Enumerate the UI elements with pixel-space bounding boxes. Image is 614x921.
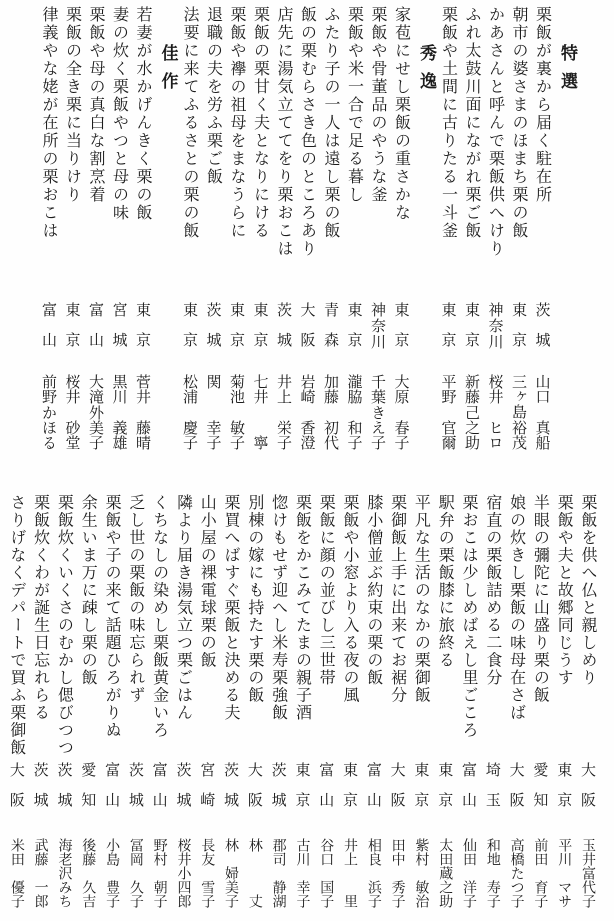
author-name: 瀧脇和子 bbox=[345, 374, 361, 450]
author-given-name: 婦美子 bbox=[223, 866, 237, 908]
author-name: 郡司静湖 bbox=[269, 838, 285, 908]
poem-text: 娘の炊きし栗飯の味母在さば bbox=[508, 494, 524, 722]
author-given-name: 外美子 bbox=[87, 405, 102, 450]
poem-text: 栗飯や米一合で足る暮し bbox=[346, 6, 362, 204]
poem-text: 法要に来てふるさとの栗の飯 bbox=[181, 6, 197, 240]
poem-column: 飯の栗むらさき色のところあり大阪岩崎香澄 bbox=[294, 0, 318, 482]
author-name: 関幸子 bbox=[204, 374, 220, 450]
author-name: 平川マサ bbox=[554, 838, 570, 908]
poem-text: 栗飯の全き栗に当りけり bbox=[64, 6, 80, 204]
prefecture-label: 茨城 bbox=[127, 762, 142, 822]
prefecture-label: 富山 bbox=[151, 762, 166, 822]
author-given-name: 静湖 bbox=[271, 880, 285, 908]
prefecture-label: 東京 bbox=[440, 302, 455, 362]
author-name: 菅井藤晴 bbox=[133, 374, 149, 450]
author-given-name: 豊子 bbox=[104, 880, 118, 908]
author-given-name: きえ子 bbox=[369, 405, 384, 450]
author-name: 太田蔵之助 bbox=[435, 838, 451, 908]
author-surname: 大原 bbox=[393, 374, 408, 404]
award-header-kasaku: 佳作 bbox=[153, 0, 177, 482]
author-name: 相良浜子 bbox=[364, 838, 380, 908]
prefecture-label: 富山 bbox=[40, 302, 55, 362]
author-surname: 後藤 bbox=[80, 838, 94, 866]
poem-text: 栗飯や夫と故郷同じうす bbox=[555, 494, 571, 687]
author-surname: 関 bbox=[205, 374, 220, 389]
author-name: 前田育子 bbox=[530, 838, 546, 908]
author-surname: 田中 bbox=[390, 838, 404, 866]
author-given-name: 初代 bbox=[322, 420, 337, 450]
prefecture-label: 富山 bbox=[87, 302, 102, 362]
prefecture-label: 茨城 bbox=[275, 302, 290, 362]
poem-text: 栗飯や子の来て話題ひろがりぬ bbox=[103, 494, 119, 739]
poem-text: 栗飯が裏から届く駐在所 bbox=[534, 6, 550, 204]
author-given-name: 優子 bbox=[9, 880, 23, 908]
author-name: 三ヶ島裕茂 bbox=[509, 374, 525, 450]
poem-column: 膝小僧並ぶ約束の栗の飯富山相良浜子 bbox=[360, 482, 384, 921]
author-surname: 海老沢 bbox=[56, 838, 70, 880]
author-surname: 林 bbox=[247, 838, 261, 852]
author-surname: 前田 bbox=[532, 838, 546, 866]
author-given-name: 朝子 bbox=[152, 880, 166, 908]
prefecture-label: 富山 bbox=[460, 762, 475, 822]
poem-text: 栗飯の栗甘く夫となりにける bbox=[252, 6, 268, 240]
author-surname: 桜井 bbox=[64, 374, 79, 404]
author-name: 山口真船 bbox=[533, 374, 549, 450]
author-given-name: 寧 bbox=[252, 435, 267, 450]
poem-text: 半眼の彌陀に山盛り栗の飯 bbox=[531, 494, 547, 704]
poem-column: 栗飯炊くいくさのむかし偲びつつ茨城海老沢みち bbox=[51, 482, 75, 921]
poem-column: 栗買へばすぐ栗飯と決める夫茨城林婦美子 bbox=[217, 482, 241, 921]
poem-column: 駅弁の栗飯膝に旅終る東京太田蔵之助 bbox=[431, 482, 455, 921]
poem-text: 栗飯や襷の祖母をまなうらに bbox=[228, 6, 244, 240]
author-surname: 井上 bbox=[342, 838, 356, 866]
author-surname: 武藤 bbox=[33, 838, 47, 866]
author-given-name: 国子 bbox=[318, 880, 332, 908]
poem-column: 栗飯に顔の並びし三世帯富山谷口国子 bbox=[312, 482, 336, 921]
author-given-name: 幸子 bbox=[205, 420, 220, 450]
author-surname: 冨岡 bbox=[128, 838, 142, 866]
author-surname: 黒川 bbox=[111, 374, 126, 404]
prefecture-label: 大阪 bbox=[8, 762, 23, 822]
poem-text: 膝小僧並ぶ約束の栗の飯 bbox=[365, 494, 381, 687]
author-name: 平野官爾 bbox=[439, 374, 455, 450]
author-name: 菊池敏子 bbox=[227, 374, 243, 450]
poem-text: 栗買へばすぐ栗飯と決める夫 bbox=[222, 494, 238, 722]
poem-column: かあさんと呼んで栗飯供へけり神奈川桜井ヒロ bbox=[482, 0, 506, 482]
poem-column: 栗飯や土間に古りたる一斗釜東京平野官爾 bbox=[435, 0, 459, 482]
author-given-name: 敏子 bbox=[228, 420, 243, 450]
author-name: 林婦美子 bbox=[221, 838, 237, 908]
prefecture-label: 埼玉 bbox=[484, 762, 499, 822]
poem-text: 店先に湯気立ててをり栗おこは bbox=[275, 6, 291, 258]
prefecture-label: 宮城 bbox=[111, 302, 126, 362]
author-name: 野村朝子 bbox=[150, 838, 166, 908]
poem-column: 栗飯や子の来て話題ひろがりぬ富山小島豊子 bbox=[98, 482, 122, 921]
author-given-name: 久吉 bbox=[80, 880, 94, 908]
prefecture-label: 富山 bbox=[317, 762, 332, 822]
poem-column: 朝市の婆さまのほまち栗の飯東京三ヶ島裕茂 bbox=[506, 0, 530, 482]
author-given-name: 官爾 bbox=[440, 420, 455, 450]
poem-column: 栗飯や母の真白な割烹着富山大滝外美子 bbox=[83, 0, 107, 482]
poem-text: 別棟の嫁にも持たす栗の飯 bbox=[246, 494, 262, 704]
prefecture-label: 茨城 bbox=[32, 762, 47, 822]
author-surname: 郡司 bbox=[271, 838, 285, 866]
prefecture-label: 神奈川 bbox=[487, 302, 502, 350]
author-surname: 菅井 bbox=[134, 374, 149, 404]
prefecture-label: 茨城 bbox=[270, 762, 285, 822]
author-name: 千葉きえ子 bbox=[368, 374, 384, 450]
author-surname: 高橋 bbox=[509, 838, 523, 866]
prefecture-label: 茨城 bbox=[55, 762, 70, 822]
author-given-name: みち bbox=[56, 880, 70, 908]
author-name: 武藤一郎 bbox=[31, 838, 47, 908]
poem-text: ふれ太鼓川面にながれ栗ご飯 bbox=[463, 6, 479, 240]
prefecture-label: 大阪 bbox=[508, 762, 523, 822]
poem-text: くちなしの染めし栗飯黄金いろ bbox=[151, 494, 167, 739]
author-given-name: ヒロ bbox=[487, 420, 502, 450]
author-given-name: かほる bbox=[40, 405, 55, 450]
poem-column: 余生いま万に疎し栗の飯愛知後藤久吉 bbox=[74, 482, 98, 921]
prefecture-label: 東京 bbox=[510, 302, 525, 362]
poem-column: 栗飯の全き栗に当りけり東京桜井砂堂 bbox=[59, 0, 83, 482]
poem-column: ふたり子の一人は遠し栗の飯青森加藤初代 bbox=[318, 0, 342, 482]
author-surname: 玉井 bbox=[580, 838, 594, 866]
poem-text: 栗飯や土間に古りたる一斗釜 bbox=[440, 6, 456, 240]
author-name: 紫村敏治 bbox=[411, 838, 427, 908]
author-surname: 紫村 bbox=[413, 838, 427, 866]
author-given-name: 義雄 bbox=[111, 420, 126, 450]
author-surname: 三ヶ島 bbox=[510, 374, 525, 419]
poem-column: 栗飯の栗甘く夫となりにける東京七井寧 bbox=[247, 0, 271, 482]
prefecture-label: 東京 bbox=[436, 762, 451, 822]
poem-column: 宿直の栗飯詰める二食分埼玉和地寿子 bbox=[479, 482, 503, 921]
author-name: 冨岡久子 bbox=[126, 838, 142, 908]
author-surname: 大滝 bbox=[87, 374, 102, 404]
poem-text: 栗飯や母の真白な割烹着 bbox=[87, 6, 103, 204]
prefecture-label: 東京 bbox=[463, 302, 478, 362]
poem-column: 栗飯が裏から届く駐在所茨城山口真船 bbox=[529, 0, 553, 482]
prefecture-label: 東京 bbox=[228, 302, 243, 362]
prefecture-label: 宮崎 bbox=[198, 762, 213, 822]
prefecture-label: 青森 bbox=[322, 302, 337, 362]
author-name: 岩崎香澄 bbox=[298, 374, 314, 450]
author-surname: 野村 bbox=[152, 838, 166, 866]
prefecture-label: 東京 bbox=[181, 302, 196, 362]
author-name: 新藤己之助 bbox=[462, 374, 478, 450]
author-surname: 長友 bbox=[199, 838, 213, 866]
author-given-name: 春子 bbox=[393, 420, 408, 450]
author-name: 井上栄子 bbox=[274, 374, 290, 450]
prefecture-label: 東京 bbox=[134, 302, 149, 362]
author-given-name: 育子 bbox=[532, 880, 546, 908]
author-given-name: 丈 bbox=[247, 894, 261, 908]
author-name: 田中秀子 bbox=[388, 838, 404, 908]
author-surname: 太田 bbox=[437, 838, 451, 866]
poem-text: かあさんと呼んで栗飯供へけり bbox=[487, 6, 503, 258]
author-surname: 小島 bbox=[104, 838, 118, 866]
author-name: 大滝外美子 bbox=[86, 374, 102, 450]
poem-column: 別棟の嫁にも持たす栗の飯大阪林丈 bbox=[241, 482, 265, 921]
author-surname: 加藤 bbox=[322, 374, 337, 404]
author-surname: 七井 bbox=[252, 374, 267, 404]
author-given-name: 幸子 bbox=[294, 880, 308, 908]
poem-column: 栗飯炊くわが誕生日忘れらる茨城武藤一郎 bbox=[27, 482, 51, 921]
author-surname: 平川 bbox=[556, 838, 570, 866]
author-surname: 岩崎 bbox=[299, 374, 314, 404]
poem-column: 退職の夫を労ふ栗ご飯茨城関幸子 bbox=[200, 0, 224, 482]
author-given-name: マサ bbox=[556, 880, 570, 908]
author-surname: 林 bbox=[223, 838, 237, 852]
prefecture-label: 富山 bbox=[365, 762, 380, 822]
prefecture-label: 東京 bbox=[64, 302, 79, 362]
author-name: 高橋たつ子 bbox=[507, 838, 523, 908]
poem-column: 山小屋の裸電球栗の飯宮崎長友雪子 bbox=[193, 482, 217, 921]
poem-text: 余生いま万に疎し栗の飯 bbox=[79, 494, 95, 687]
prefecture-label: 大阪 bbox=[579, 762, 594, 822]
poem-column: 妻の炊く栗飯やつと母の味宮城黒川義雄 bbox=[106, 0, 130, 482]
poem-text: 栗飯や骨董品のやうな釜 bbox=[369, 6, 385, 204]
author-name: 大原春子 bbox=[392, 374, 408, 450]
poem-column: 栗飯や骨董品のやうな釜神奈川千葉きえ子 bbox=[365, 0, 389, 482]
prefecture-label: 神奈川 bbox=[369, 302, 384, 350]
author-name: 桜井小四郎 bbox=[173, 838, 189, 908]
author-surname: 桜井 bbox=[487, 374, 502, 404]
author-name: 谷口国子 bbox=[316, 838, 332, 908]
poem-text: 平凡な生活のなかの栗御飯 bbox=[412, 494, 428, 704]
poem-text: 栗おこは少しめばえし里ごころ bbox=[460, 494, 476, 739]
prefecture-label: 大阪 bbox=[246, 762, 261, 822]
prefecture-label: 愛知 bbox=[79, 762, 94, 822]
poem-column: 法要に来てふるさとの栗の飯東京松浦慶子 bbox=[177, 0, 201, 482]
prefecture-label: 茨城 bbox=[205, 302, 220, 362]
poem-text: さりげなくデパートで買ふ栗御飯 bbox=[8, 494, 24, 757]
author-given-name: 慶子 bbox=[181, 420, 196, 450]
author-surname: 平野 bbox=[440, 374, 455, 404]
prefecture-label: 東京 bbox=[346, 302, 361, 362]
author-given-name: 真船 bbox=[534, 420, 549, 450]
prefecture-label: 茨城 bbox=[174, 762, 189, 822]
author-name: 桜井ヒロ bbox=[486, 374, 502, 450]
author-name: 和地寿子 bbox=[483, 838, 499, 908]
author-name: 仙田洋子 bbox=[459, 838, 475, 908]
poem-text: 栗飯や小窓より入る夜の風 bbox=[341, 494, 357, 704]
poem-text: 退職の夫を労ふ栗ご飯 bbox=[205, 6, 221, 186]
prefecture-label: 愛知 bbox=[531, 762, 546, 822]
poem-text: 惚けもせず迎へし米寿栗強飯 bbox=[270, 494, 286, 722]
poem-text: 栗飯に顔の並びし三世帯 bbox=[317, 494, 333, 687]
award-sections-upper: 特選栗飯が裏から届く駐在所茨城山口真船朝市の婆さまのほまち栗の飯東京三ヶ島裕茂か… bbox=[0, 0, 614, 482]
author-surname: 井上 bbox=[275, 374, 290, 404]
prefecture-label: 東京 bbox=[293, 762, 308, 822]
poem-column: 栗おこは少しめばえし里ごころ富山仙田洋子 bbox=[455, 482, 479, 921]
prefecture-label: 東京 bbox=[412, 762, 427, 822]
author-name: 松浦慶子 bbox=[180, 374, 196, 450]
prefecture-label: 東京 bbox=[252, 302, 267, 362]
author-name: 小島豊子 bbox=[102, 838, 118, 908]
poem-text: 宿直の栗飯詰める二食分 bbox=[484, 494, 500, 687]
poem-column: 店先に湯気立ててをり栗おこは茨城井上栄子 bbox=[271, 0, 295, 482]
prefecture-label: 富山 bbox=[103, 762, 118, 822]
poem-column: 惚けもせず迎へし米寿栗強飯茨城郡司静湖 bbox=[265, 482, 289, 921]
author-given-name: 雪子 bbox=[199, 880, 213, 908]
author-surname: 仙田 bbox=[461, 838, 475, 866]
poem-column: 家苞にせし栗飯の重さかな東京大原春子 bbox=[388, 0, 412, 482]
poem-column: さりげなくデパートで買ふ栗御飯大阪米田優子 bbox=[3, 482, 27, 921]
poem-text: 朝市の婆さまのほまち栗の飯 bbox=[510, 6, 526, 240]
author-given-name: 蔵之助 bbox=[437, 866, 451, 908]
award-header-tokusen: 特選 bbox=[553, 0, 577, 482]
author-surname: 米田 bbox=[9, 838, 23, 866]
author-surname: 松浦 bbox=[181, 374, 196, 404]
author-surname: 桜井 bbox=[175, 838, 189, 866]
prefecture-label: 大阪 bbox=[299, 302, 314, 362]
poem-text: 栗飯をかこみてたまの親子酒 bbox=[293, 494, 309, 722]
author-name: 井上里 bbox=[340, 838, 356, 908]
author-given-name: 寿子 bbox=[485, 880, 499, 908]
poem-text: 山小屋の裸電球栗の飯 bbox=[198, 494, 214, 669]
author-name: 林丈 bbox=[245, 838, 261, 908]
prefecture-label: 大阪 bbox=[389, 762, 404, 822]
author-name: 長友雪子 bbox=[197, 838, 213, 908]
author-given-name: 浜子 bbox=[366, 880, 380, 908]
poem-column: 栗飯や米一合で足る暮し東京瀧脇和子 bbox=[341, 0, 365, 482]
poem-column: 栗飯や襷の祖母をまなうらに東京菊池敏子 bbox=[224, 0, 248, 482]
prefecture-label: 茨城 bbox=[222, 762, 237, 822]
author-name: 古川幸子 bbox=[292, 838, 308, 908]
author-name: 後藤久吉 bbox=[78, 838, 94, 908]
author-name: 七井寧 bbox=[251, 374, 267, 450]
prefecture-label: 東京 bbox=[393, 302, 408, 362]
poem-column: 律義やな姥が在所の栗おこは富山前野かほる bbox=[36, 0, 60, 482]
author-given-name: 洋子 bbox=[461, 880, 475, 908]
poem-text: 家苞にせし栗飯の重さかな bbox=[393, 6, 409, 222]
poem-column: 栗飯や小窓より入る夜の風東京井上里 bbox=[336, 482, 360, 921]
author-surname: 谷口 bbox=[318, 838, 332, 866]
poem-column: 栗飯や夫と故郷同じうす東京平川マサ bbox=[550, 482, 574, 921]
author-given-name: 砂堂 bbox=[64, 420, 79, 450]
author-surname: 相良 bbox=[366, 838, 380, 866]
poem-text: 栗飯炊くわが誕生日忘れらる bbox=[32, 494, 48, 722]
author-given-name: 小四郎 bbox=[175, 866, 189, 908]
poem-text: 乏し世の栗飯の味忘られず bbox=[127, 494, 143, 704]
author-surname: 和地 bbox=[485, 838, 499, 866]
poem-text: 駅弁の栗飯膝に旅終る bbox=[436, 494, 452, 669]
author-given-name: 里 bbox=[342, 894, 356, 908]
author-given-name: たつ子 bbox=[509, 866, 523, 908]
author-given-name: 一郎 bbox=[33, 880, 47, 908]
author-name: 前野かほる bbox=[39, 374, 55, 450]
author-name: 桜井砂堂 bbox=[63, 374, 79, 450]
author-surname: 新藤 bbox=[463, 374, 478, 404]
prefecture-label: 茨城 bbox=[534, 302, 549, 362]
poem-text: 妻の炊く栗飯やつと母の味 bbox=[111, 6, 127, 222]
author-surname: 古川 bbox=[294, 838, 308, 866]
author-surname: 山口 bbox=[534, 374, 549, 404]
author-given-name: 香澄 bbox=[299, 420, 314, 450]
poem-text: 若妻が水かげんきく栗の飯 bbox=[134, 6, 150, 222]
author-surname: 前野 bbox=[40, 374, 55, 404]
poem-text: 栗御飯上手に出来てお裾分 bbox=[389, 494, 405, 704]
prefecture-label: 東京 bbox=[341, 762, 356, 822]
poem-text: 隣より届き湯気立つ栗ごはん bbox=[174, 494, 190, 722]
poem-column: 乏し世の栗飯の味忘られず茨城冨岡久子 bbox=[122, 482, 146, 921]
poem-text: 栗飯を供へ仏と親しめり bbox=[579, 494, 595, 687]
poem-column: 若妻が水かげんきく栗の飯東京菅井藤晴 bbox=[130, 0, 154, 482]
poem-column: 栗飯を供へ仏と親しめり大阪玉井富代子 bbox=[574, 482, 598, 921]
author-given-name: 栄子 bbox=[275, 420, 290, 450]
author-given-name: 秀子 bbox=[390, 880, 404, 908]
poem-column: 栗御飯上手に出来てお裾分大阪田中秀子 bbox=[384, 482, 408, 921]
poem-text: 飯の栗むらさき色のところあり bbox=[299, 6, 315, 258]
poem-column: ふれ太鼓川面にながれ栗ご飯東京新藤己之助 bbox=[459, 0, 483, 482]
author-given-name: 富代子 bbox=[580, 866, 594, 908]
poem-column: 平凡な生活のなかの栗御飯東京紫村敏治 bbox=[408, 482, 432, 921]
author-given-name: 己之助 bbox=[463, 405, 478, 450]
author-surname: 菊池 bbox=[228, 374, 243, 404]
author-surname: 瀧脇 bbox=[346, 374, 361, 404]
poem-column: 隣より届き湯気立つ栗ごはん茨城桜井小四郎 bbox=[170, 482, 194, 921]
author-name: 海老沢みち bbox=[54, 838, 70, 908]
author-given-name: 和子 bbox=[346, 420, 361, 450]
poem-text: 律義やな姥が在所の栗おこは bbox=[40, 6, 56, 240]
author-given-name: 藤晴 bbox=[134, 420, 149, 450]
author-name: 加藤初代 bbox=[321, 374, 337, 450]
award-header-shuitsu: 秀逸 bbox=[412, 0, 436, 482]
author-given-name: 裕茂 bbox=[510, 420, 525, 450]
author-given-name: 敏治 bbox=[413, 880, 427, 908]
author-given-name: 久子 bbox=[128, 880, 142, 908]
poem-column: 娘の炊きし栗飯の味母在さば大阪高橋たつ子 bbox=[503, 482, 527, 921]
author-name: 黒川義雄 bbox=[110, 374, 126, 450]
poem-column: 栗飯をかこみてたまの親子酒東京古川幸子 bbox=[289, 482, 313, 921]
author-surname: 千葉 bbox=[369, 374, 384, 404]
poem-column: くちなしの染めし栗飯黄金いろ富山野村朝子 bbox=[146, 482, 170, 921]
author-name: 米田優子 bbox=[7, 838, 23, 908]
haiku-results-page: 特選栗飯が裏から届く駐在所茨城山口真船朝市の婆さまのほまち栗の飯東京三ヶ島裕茂か… bbox=[0, 0, 614, 921]
poem-column: 半眼の彌陀に山盛り栗の飯愛知前田育子 bbox=[527, 482, 551, 921]
author-name: 玉井富代子 bbox=[578, 838, 594, 908]
award-section-lower: 栗飯を供へ仏と親しめり大阪玉井富代子栗飯や夫と故郷同じうす東京平川マサ半眼の彌陀… bbox=[0, 482, 614, 921]
poem-text: ふたり子の一人は遠し栗の飯 bbox=[322, 6, 338, 240]
poem-text: 栗飯炊くいくさのむかし偲びつつ bbox=[55, 494, 71, 757]
prefecture-label: 東京 bbox=[555, 762, 570, 822]
